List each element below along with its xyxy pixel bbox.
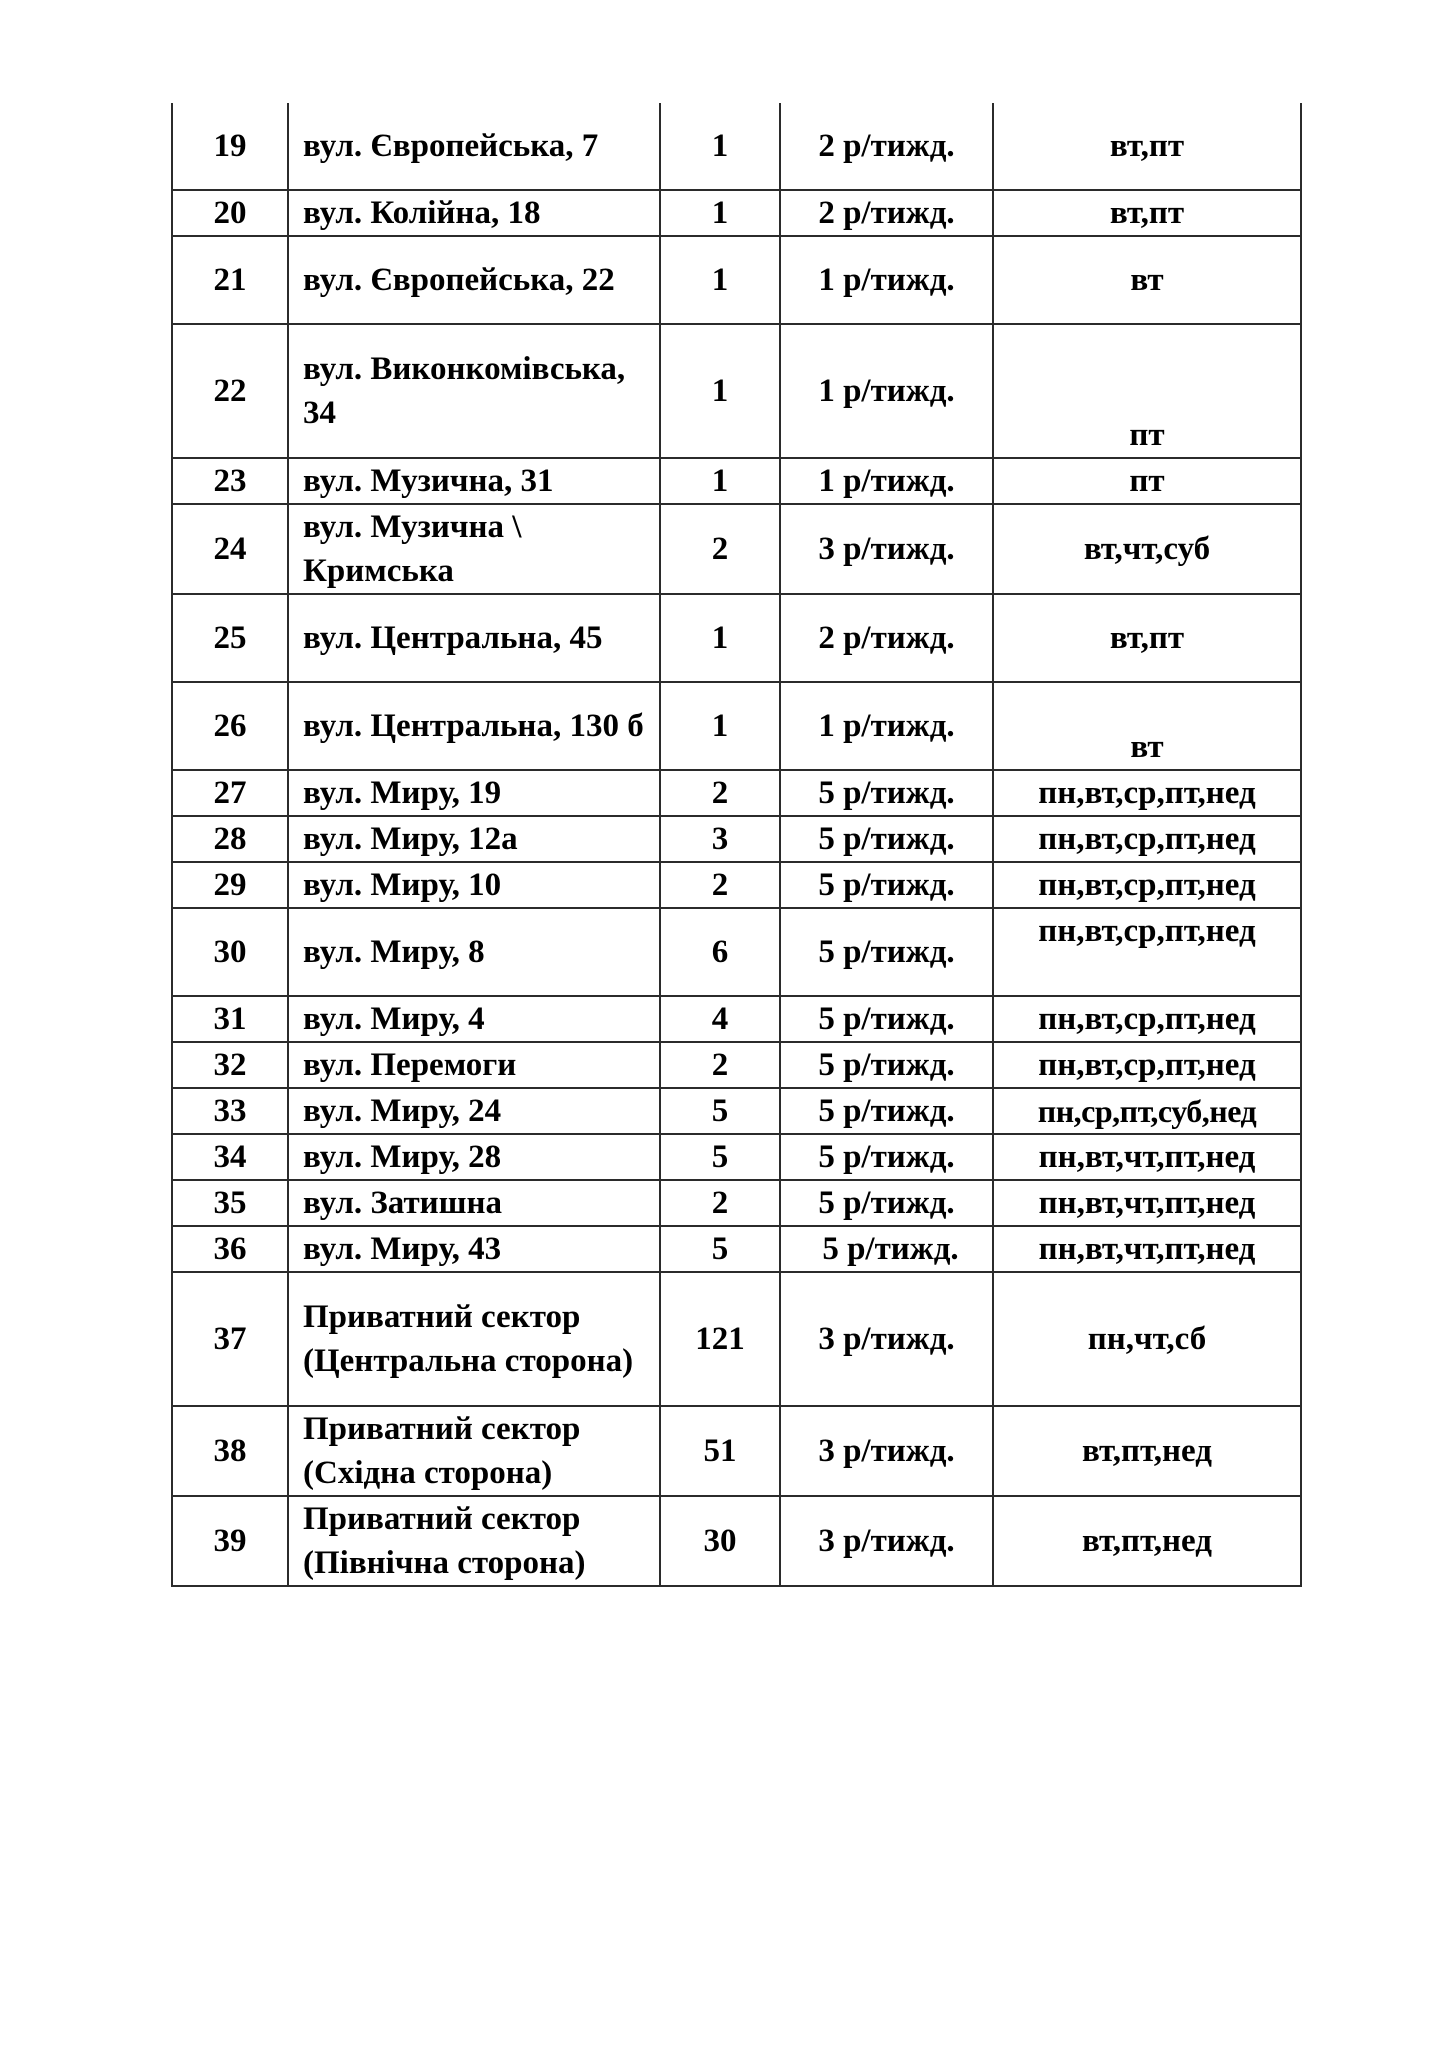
row-number: 32 (172, 1042, 288, 1088)
address-cell: вул. Європейська, 22 (288, 236, 660, 324)
quantity-cell: 121 (660, 1272, 780, 1406)
table-row: 31 вул. Миру, 4 4 5 р/тижд. пн,вт,ср,пт,… (172, 996, 1301, 1042)
row-number: 20 (172, 190, 288, 236)
days-cell: пн,вт,чт,пт,нед (993, 1180, 1301, 1226)
days-cell: пт (993, 458, 1301, 504)
table-row: 28 вул. Миру, 12а 3 5 р/тижд. пн,вт,ср,п… (172, 816, 1301, 862)
frequency-cell: 1 р/тижд. (780, 324, 993, 458)
address-cell: вул. Миру, 24 (288, 1088, 660, 1134)
address-cell: вул. Виконкомівська, 34 (288, 324, 660, 458)
days-cell: вт (993, 236, 1301, 324)
table-row: 32 вул. Перемоги 2 5 р/тижд. пн,вт,ср,пт… (172, 1042, 1301, 1088)
table-row: 35 вул. Затишна 2 5 р/тижд. пн,вт,чт,пт,… (172, 1180, 1301, 1226)
days-cell: вт,чт,суб (993, 504, 1301, 594)
quantity-cell: 30 (660, 1496, 780, 1586)
address-cell: вул. Перемоги (288, 1042, 660, 1088)
address-cell: Приватний сектор (Центральна сторона) (288, 1272, 660, 1406)
address-cell: Приватний сектор (Північна сторона) (288, 1496, 660, 1586)
days-cell: вт (993, 682, 1301, 770)
table-row: 36 вул. Миру, 43 5 5 р/тижд. пн,вт,чт,пт… (172, 1226, 1301, 1272)
table-row: 37 Приватний сектор (Центральна сторона)… (172, 1272, 1301, 1406)
table-row: 23 вул. Музична, 31 1 1 р/тижд. пт (172, 458, 1301, 504)
row-number: 27 (172, 770, 288, 816)
quantity-cell: 2 (660, 770, 780, 816)
address-cell: вул. Миру, 12а (288, 816, 660, 862)
days-cell: вт,пт,нед (993, 1406, 1301, 1496)
address-cell: вул. Затишна (288, 1180, 660, 1226)
quantity-cell: 5 (660, 1088, 780, 1134)
address-cell: вул. Центральна, 130 б (288, 682, 660, 770)
document-page: 19 вул. Європейська, 7 1 2 р/тижд. вт,пт… (0, 0, 1448, 2048)
quantity-cell: 1 (660, 103, 780, 190)
quantity-cell: 6 (660, 908, 780, 996)
frequency-cell: 5 р/тижд. (780, 770, 993, 816)
frequency-cell: 1 р/тижд. (780, 682, 993, 770)
table-row: 20 вул. Колійна, 18 1 2 р/тижд. вт,пт (172, 190, 1301, 236)
days-cell: пн,вт,ср,пт,нед (993, 908, 1301, 996)
row-number: 31 (172, 996, 288, 1042)
row-number: 36 (172, 1226, 288, 1272)
row-number: 24 (172, 504, 288, 594)
table-row: 33 вул. Миру, 24 5 5 р/тижд. пн,ср,пт,су… (172, 1088, 1301, 1134)
address-cell: вул. Миру, 43 (288, 1226, 660, 1272)
schedule-table: 19 вул. Європейська, 7 1 2 р/тижд. вт,пт… (171, 103, 1302, 1587)
frequency-cell: 5 р/тижд. (780, 996, 993, 1042)
row-number: 33 (172, 1088, 288, 1134)
address-cell: вул. Музична \ Кримська (288, 504, 660, 594)
table-row: 34 вул. Миру, 28 5 5 р/тижд. пн,вт,чт,пт… (172, 1134, 1301, 1180)
frequency-cell: 1 р/тижд. (780, 458, 993, 504)
table-row: 30 вул. Миру, 8 6 5 р/тижд. пн,вт,ср,пт,… (172, 908, 1301, 996)
row-number: 22 (172, 324, 288, 458)
quantity-cell: 1 (660, 682, 780, 770)
days-cell: вт,пт (993, 103, 1301, 190)
quantity-cell: 4 (660, 996, 780, 1042)
table-row: 29 вул. Миру, 10 2 5 р/тижд. пн,вт,ср,пт… (172, 862, 1301, 908)
quantity-cell: 2 (660, 504, 780, 594)
days-cell: пн,вт,чт,пт,нед (993, 1134, 1301, 1180)
address-cell: вул. Центральна, 45 (288, 594, 660, 682)
table-row: 25 вул. Центральна, 45 1 2 р/тижд. вт,пт (172, 594, 1301, 682)
row-number: 39 (172, 1496, 288, 1586)
frequency-cell: 5 р/тижд. (780, 1180, 993, 1226)
quantity-cell: 2 (660, 1180, 780, 1226)
days-cell: вт,пт (993, 594, 1301, 682)
table-row: 26 вул. Центральна, 130 б 1 1 р/тижд. вт (172, 682, 1301, 770)
row-number: 25 (172, 594, 288, 682)
frequency-cell: 5 р/тижд. (780, 1088, 993, 1134)
quantity-cell: 5 (660, 1134, 780, 1180)
days-cell: пн,вт,ср,пт,нед (993, 1042, 1301, 1088)
quantity-cell: 2 (660, 862, 780, 908)
row-number: 37 (172, 1272, 288, 1406)
frequency-cell: 3 р/тижд. (780, 1406, 993, 1496)
row-number: 28 (172, 816, 288, 862)
address-cell: вул. Миру, 19 (288, 770, 660, 816)
table-row: 21 вул. Європейська, 22 1 1 р/тижд. вт (172, 236, 1301, 324)
frequency-cell: 3 р/тижд. (780, 1496, 993, 1586)
address-cell: вул. Музична, 31 (288, 458, 660, 504)
address-cell: вул. Колійна, 18 (288, 190, 660, 236)
days-cell: пн,вт,ср,пт,нед (993, 862, 1301, 908)
frequency-cell: 5 р/тижд. (780, 816, 993, 862)
row-number: 30 (172, 908, 288, 996)
address-cell: вул. Миру, 28 (288, 1134, 660, 1180)
table-row: 27 вул. Миру, 19 2 5 р/тижд. пн,вт,ср,пт… (172, 770, 1301, 816)
days-cell: вт,пт (993, 190, 1301, 236)
row-number: 21 (172, 236, 288, 324)
row-number: 38 (172, 1406, 288, 1496)
row-number: 29 (172, 862, 288, 908)
frequency-cell: 2 р/тижд. (780, 594, 993, 682)
table-row: 38 Приватний сектор (Східна сторона) 51 … (172, 1406, 1301, 1496)
days-cell: пн,вт,ср,пт,нед (993, 816, 1301, 862)
quantity-cell: 3 (660, 816, 780, 862)
frequency-cell: 2 р/тижд. (780, 103, 993, 190)
quantity-cell: 2 (660, 1042, 780, 1088)
table-row: 39 Приватний сектор (Північна сторона) 3… (172, 1496, 1301, 1586)
days-cell: пт (993, 324, 1301, 458)
address-cell: вул. Миру, 8 (288, 908, 660, 996)
frequency-cell: 3 р/тижд. (780, 1272, 993, 1406)
address-cell: вул. Європейська, 7 (288, 103, 660, 190)
table-row: 22 вул. Виконкомівська, 34 1 1 р/тижд. п… (172, 324, 1301, 458)
row-number: 35 (172, 1180, 288, 1226)
frequency-cell: 5 р/тижд. (780, 862, 993, 908)
frequency-cell: 5 р/тижд. (780, 1134, 993, 1180)
frequency-cell: 5 р/тижд. (780, 1226, 993, 1272)
frequency-cell: 1 р/тижд. (780, 236, 993, 324)
days-cell: пн,вт,ср,пт,нед (993, 770, 1301, 816)
address-cell: вул. Миру, 10 (288, 862, 660, 908)
address-cell: вул. Миру, 4 (288, 996, 660, 1042)
row-number: 26 (172, 682, 288, 770)
table-row: 19 вул. Європейська, 7 1 2 р/тижд. вт,пт (172, 103, 1301, 190)
table-row: 24 вул. Музична \ Кримська 2 3 р/тижд. в… (172, 504, 1301, 594)
address-cell: Приватний сектор (Східна сторона) (288, 1406, 660, 1496)
row-number: 19 (172, 103, 288, 190)
days-cell: пн,вт,чт,пт,нед (993, 1226, 1301, 1272)
quantity-cell: 1 (660, 236, 780, 324)
frequency-cell: 5 р/тижд. (780, 1042, 993, 1088)
frequency-cell: 2 р/тижд. (780, 190, 993, 236)
quantity-cell: 1 (660, 594, 780, 682)
days-cell: вт,пт,нед (993, 1496, 1301, 1586)
days-cell: пн,чт,сб (993, 1272, 1301, 1406)
days-cell: пн,ср,пт,суб,нед (993, 1088, 1301, 1134)
quantity-cell: 1 (660, 458, 780, 504)
frequency-cell: 3 р/тижд. (780, 504, 993, 594)
quantity-cell: 1 (660, 324, 780, 458)
row-number: 23 (172, 458, 288, 504)
quantity-cell: 5 (660, 1226, 780, 1272)
frequency-cell: 5 р/тижд. (780, 908, 993, 996)
row-number: 34 (172, 1134, 288, 1180)
quantity-cell: 51 (660, 1406, 780, 1496)
days-cell: пн,вт,ср,пт,нед (993, 996, 1301, 1042)
quantity-cell: 1 (660, 190, 780, 236)
